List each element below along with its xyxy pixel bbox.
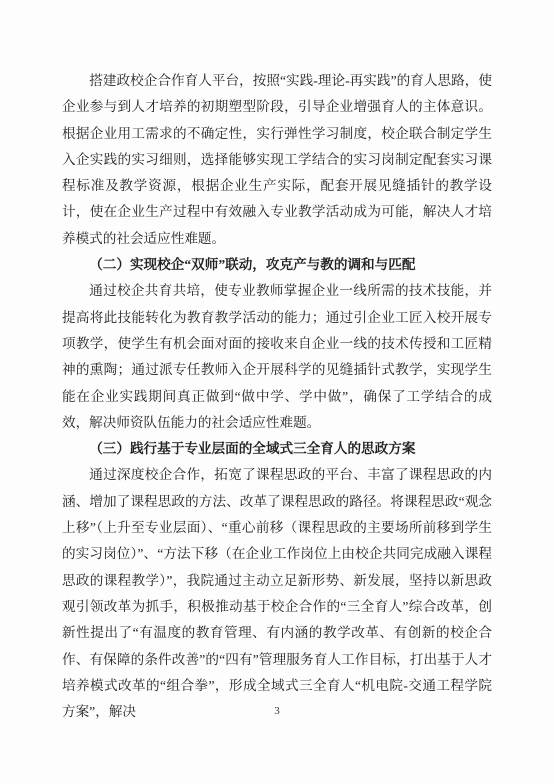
body-paragraph: 通过深度校企合作，拓宽了课程思政的平台、丰富了课程思政的内涵、增加了课程思政的方… — [62, 462, 492, 725]
body-paragraph: 搭建政校企合作育人平台，按照“实践-理论-再实践”的育人思路，使企业参与到人才培… — [62, 68, 492, 252]
document-content: 搭建政校企合作育人平台，按照“实践-理论-再实践”的育人思路，使企业参与到人才培… — [62, 68, 492, 725]
document-page: 搭建政校企合作育人平台，按照“实践-理论-再实践”的育人思路，使企业参与到人才培… — [0, 0, 554, 784]
body-paragraph: 通过校企共育共培，使专业教师掌握企业一线所需的技术技能，并提高将此技能转化为教育… — [62, 278, 492, 436]
page-number: 3 — [0, 705, 554, 717]
section-heading: （二）实现校企“双师”联动，攻克产与教的调和与匹配 — [62, 252, 492, 278]
section-heading: （三）践行基于专业层面的全域式三全育人的思政方案 — [62, 436, 492, 462]
